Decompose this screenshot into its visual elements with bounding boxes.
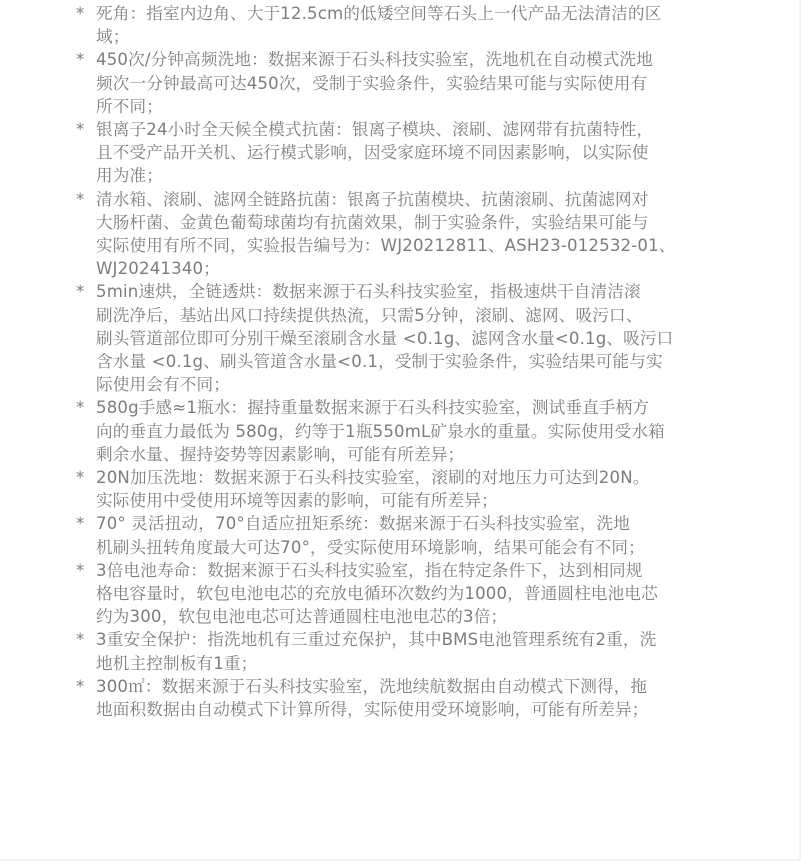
footnote-line: 际使用会有不同； [96, 373, 734, 396]
footnote-line: 地面积数据由自动模式下计算所得，实际使用受环境影响，可能有所差异； [96, 698, 734, 721]
asterisk-bullet-icon: * [76, 466, 92, 489]
footnote-20n-pressure: * 20N加压洗地：数据来源于石头科技实验室，滚刷的对地压力可达到20N。 实际… [74, 466, 734, 512]
footnote-line: 大肠杆菌、金黄色葡萄球菌均有抗菌效果，制于实验条件，实验结果可能与 [96, 211, 734, 234]
footnote-line: 300㎡：数据来源于石头科技实验室，洗地续航数据由自动模式下测得，拖 [96, 675, 734, 698]
footnote-silver-ion-antibacterial: * 银离子24小时全天候全模式抗菌：银离子模块、滚刷、滤网带有抗菌特性， 且不受… [74, 118, 734, 188]
footnote-line: 清水箱、滚刷、滤网全链路抗菌：银离子抗菌模块、抗菌滚刷、抗菌滤网对 [96, 188, 734, 211]
asterisk-bullet-icon: * [76, 48, 92, 71]
footnote-5min-drying: * 5min速烘，全链透烘：数据来源于石头科技实验室，指极速烘干自清洁滚 刷洗净… [74, 280, 734, 396]
asterisk-bullet-icon: * [76, 396, 92, 419]
asterisk-bullet-icon: * [76, 118, 92, 141]
footnote-line: 格电容量时，软包电池电芯的充放电循环次数约为1000，普通圆柱电池电芯 [96, 582, 734, 605]
footnote-line: 向的垂直力最低为 580g，约等于1瓶550mL矿泉水的重量。实际使用受水箱 [96, 420, 734, 443]
footnote-line: 20N加压洗地：数据来源于石头科技实验室，滚刷的对地压力可达到20N。 [96, 466, 734, 489]
footnote-line: 3重安全保护：指洗地机有三重过充保护，其中BMS电池管理系统有2重，洗 [96, 628, 734, 651]
asterisk-bullet-icon: * [76, 512, 92, 535]
footnote-line: 频次一分钟最高可达450次，受制于实验条件，实验结果可能与实际使用有 [96, 72, 734, 95]
footnote-line: 约为300，软包电池电芯可达普通圆柱电池电芯的3倍； [96, 605, 734, 628]
footnote-line: 实际使用中受使用环境等因素的影响，可能有所差异； [96, 489, 734, 512]
footnote-line: 机刷头扭转角度最大可达70°，受实际使用环境影响，结果可能会有不同； [96, 536, 734, 559]
asterisk-bullet-icon: * [76, 2, 92, 25]
footnote-line: 5min速烘，全链透烘：数据来源于石头科技实验室，指极速烘干自清洁滚 [96, 280, 734, 303]
footnote-300-sqm-coverage: * 300㎡：数据来源于石头科技实验室，洗地续航数据由自动模式下测得，拖 地面积… [74, 675, 734, 721]
footnote-dead-corner: * 死角：指室内边角、大于12.5cm的低矮空间等石头上一代产品无法清洁的区 域… [74, 2, 734, 48]
footnote-line: 刷头管道部位即可分别干燥至滚刷含水量 <0.1g、滤网含水量<0.1g、吸污口 [96, 327, 734, 350]
footnote-line: 实际使用有所不同，实验报告编号为：WJ20212811、ASH23-012532… [96, 234, 734, 257]
footnote-70-degree-twist: * 70° 灵活扭动，70°自适应扭矩系统：数据来源于石头科技实验室，洗地 机刷… [74, 512, 734, 558]
asterisk-bullet-icon: * [76, 559, 92, 582]
footnote-580g-weight: * 580g手感≈1瓶水：握持重量数据来源于石头科技实验室，测试垂直手柄方 向的… [74, 396, 734, 466]
footnote-3x-battery-life: * 3倍电池寿命：数据来源于石头科技实验室，指在特定条件下，达到相同规 格电容量… [74, 559, 734, 629]
footnote-line: 所不同； [96, 95, 734, 118]
footnote-line: 且不受产品开关机、运行模式影响，因受家庭环境不同因素影响，以实际使 [96, 141, 734, 164]
footnote-line: 银离子24小时全天候全模式抗菌：银离子模块、滚刷、滤网带有抗菌特性， [96, 118, 734, 141]
footnote-line: 450次/分钟高频洗地：数据来源于石头科技实验室，洗地机在自动模式洗地 [96, 48, 734, 71]
disclaimer-page: * 死角：指室内边角、大于12.5cm的低矮空间等石头上一代产品无法清洁的区 域… [0, 0, 801, 861]
footnote-line: 剩余水量、握持姿势等因素影响，可能有所差异； [96, 443, 734, 466]
footnote-full-chain-antibacterial: * 清水箱、滚刷、滤网全链路抗菌：银离子抗菌模块、抗菌滚刷、抗菌滤网对 大肠杆菌… [74, 188, 734, 281]
footnote-line: 死角：指室内边角、大于12.5cm的低矮空间等石头上一代产品无法清洁的区 [96, 2, 734, 25]
asterisk-bullet-icon: * [76, 188, 92, 211]
footnote-line: WJ20241340； [96, 257, 734, 280]
footnote-3-layer-protection: * 3重安全保护：指洗地机有三重过充保护，其中BMS电池管理系统有2重，洗 地机… [74, 628, 734, 674]
asterisk-bullet-icon: * [76, 628, 92, 651]
footnote-list: * 死角：指室内边角、大于12.5cm的低矮空间等石头上一代产品无法清洁的区 域… [74, 2, 734, 721]
asterisk-bullet-icon: * [76, 675, 92, 698]
footnote-line: 刷洗净后，基站出风口持续提供热流，只需5分钟，滚刷、滤网、吸污口、 [96, 304, 734, 327]
footnote-line: 地机主控制板有1重； [96, 652, 734, 675]
footnote-line: 域； [96, 25, 734, 48]
footnote-line: 70° 灵活扭动，70°自适应扭矩系统：数据来源于石头科技实验室，洗地 [96, 512, 734, 535]
footnote-450-per-minute: * 450次/分钟高频洗地：数据来源于石头科技实验室，洗地机在自动模式洗地 频次… [74, 48, 734, 118]
footnote-line: 含水量 <0.1g、刷头管道含水量<0.1，受制于实验条件，实验结果可能与实 [96, 350, 734, 373]
footnote-line: 3倍电池寿命：数据来源于石头科技实验室，指在特定条件下，达到相同规 [96, 559, 734, 582]
asterisk-bullet-icon: * [76, 280, 92, 303]
footnote-line: 用为准； [96, 164, 734, 187]
footnote-line: 580g手感≈1瓶水：握持重量数据来源于石头科技实验室，测试垂直手柄方 [96, 396, 734, 419]
